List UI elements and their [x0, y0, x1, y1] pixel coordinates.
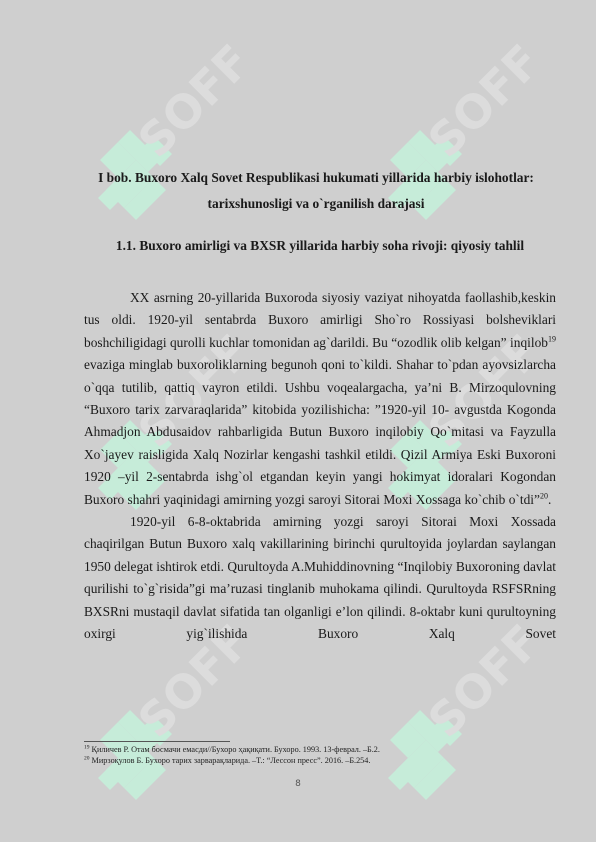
footnote-divider [84, 741, 230, 742]
paragraph: XX asrning 20-yillarida Buxoroda siyosiy… [84, 287, 556, 511]
footnote-ref[interactable]: 20 [540, 491, 548, 500]
chapter-title-line-2: tarixshunosligi va o`rganilish darajasi [86, 191, 546, 217]
paragraph-text: . [548, 492, 551, 507]
footnotes: 19 Қиличев Р. Отам босмачи емасди//Бухор… [84, 745, 554, 766]
body-text: XX asrning 20-yillarida Buxoroda siyosiy… [84, 287, 556, 646]
chapter-title-line-1: I bob. Buxoro Xalq Sovet Respublikasi hu… [86, 165, 546, 191]
paragraph-text: XX asrning 20-yillarida Buxoroda siyosiy… [84, 290, 556, 350]
document-page: I bob. Buxoro Xalq Sovet Respublikasi hu… [0, 0, 596, 842]
page-number: 8 [0, 779, 596, 789]
footnote: 19 Қиличев Р. Отам босмачи емасди//Бухор… [84, 745, 554, 756]
paragraph-text: evaziga minglab buxoroliklarning begunoh… [84, 357, 556, 506]
footnote-text: Қиличев Р. Отам босмачи емасди//Бухоро ҳ… [90, 745, 380, 754]
footnote-ref[interactable]: 19 [548, 334, 556, 343]
section-title: 1.1. Buxoro amirligi va BXSR yillarida h… [90, 236, 550, 256]
paragraph: 1920-yil 6-8-oktabrida amirning yozgi sa… [84, 511, 556, 645]
footnote: 20 Мирзоқулов Б. Бухоро тарих зарварақла… [84, 756, 554, 767]
chapter-title: I bob. Buxoro Xalq Sovet Respublikasi hu… [86, 165, 546, 217]
footnote-text: Мирзоқулов Б. Бухоро тарих зарварақларид… [90, 756, 371, 765]
